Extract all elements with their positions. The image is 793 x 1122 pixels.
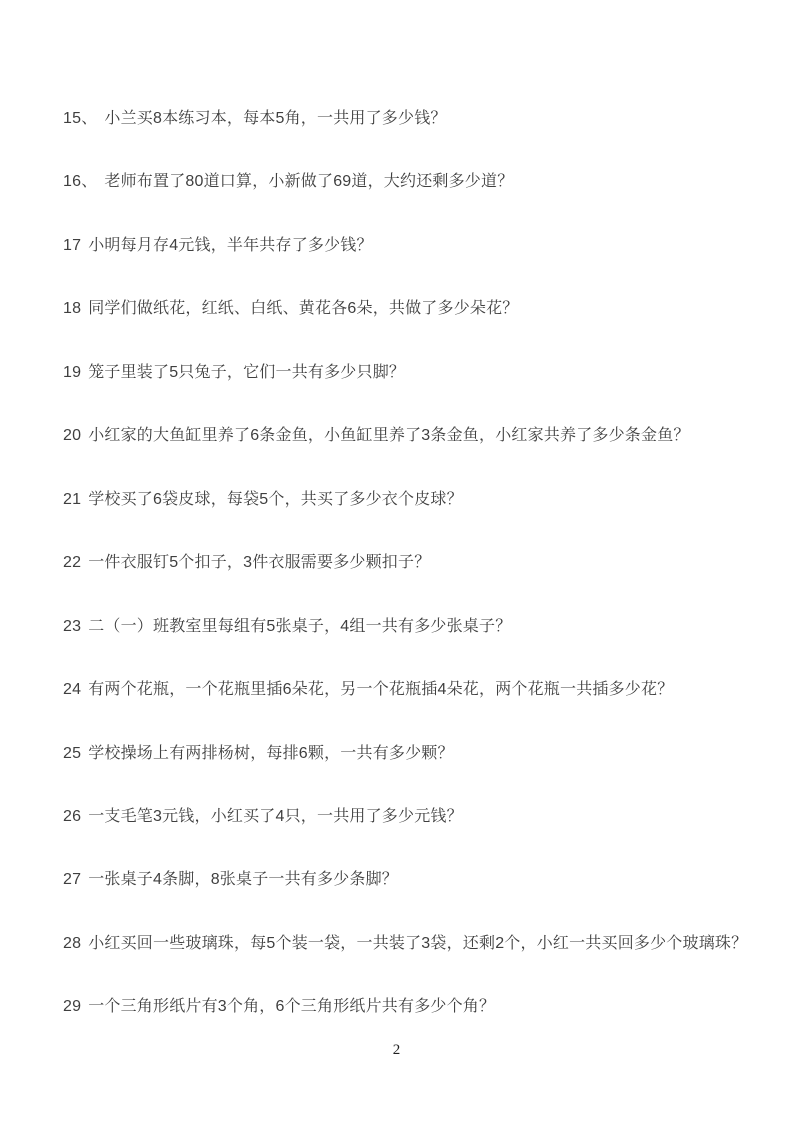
problem-number: 27	[63, 871, 81, 888]
problem-text: 小明每月存4元钱，半年共存了多少钱？	[88, 237, 373, 254]
problem-number: 22	[63, 554, 81, 571]
problem-number: 28	[63, 935, 81, 952]
problem-21: 21学校买了6袋皮球，每袋5个，共买了多少衣个皮球？	[63, 468, 773, 531]
problem-18: 18同学们做纸花，红纸、白纸、黄花各6朵，共做了多少朵花？	[63, 277, 773, 340]
problem-number: 15、	[63, 110, 97, 127]
document-page: 15、小兰买8本练习本，每本5角，一共用了多少钱？ 16、老师布置了80道口算，…	[0, 0, 793, 1122]
problem-15: 15、小兰买8本练习本，每本5角，一共用了多少钱？	[63, 87, 773, 150]
problem-text: 小兰买8本练习本，每本5角，一共用了多少钱？	[104, 110, 446, 127]
problem-text: 学校买了6袋皮球，每袋5个，共买了多少衣个皮球？	[88, 491, 463, 508]
problem-number: 18	[63, 300, 81, 317]
problem-20: 20小红家的大鱼缸里养了6条金鱼，小鱼缸里养了3条金鱼，小红家共养了多少条金鱼？	[63, 404, 773, 467]
problem-number: 16、	[63, 173, 97, 190]
problem-number: 26	[63, 808, 81, 825]
problem-text: 一张桌子4条脚，8张桌子一共有多少条脚？	[88, 871, 398, 888]
problem-22: 22一件衣服钉5个扣子，3件衣服需要多少颗扣子？	[63, 531, 773, 594]
problem-26: 26一支毛笔3元钱，小红买了4只，一共用了多少元钱？	[63, 785, 773, 848]
problem-number: 21	[63, 491, 81, 508]
problem-text: 一个三角形纸片有3个角，6个三角形纸片共有多少个角？	[88, 998, 495, 1015]
page-number: 2	[0, 1039, 793, 1061]
problem-text: 同学们做纸花，红纸、白纸、黄花各6朵，共做了多少朵花？	[88, 300, 518, 317]
problem-text: 二（一）班教室里每组有5张桌子，4组一共有多少张桌子？	[88, 618, 511, 635]
problem-text: 一支毛笔3元钱，小红买了4只，一共用了多少元钱？	[88, 808, 463, 825]
problem-17: 17小明每月存4元钱，半年共存了多少钱？	[63, 214, 773, 277]
problem-list: 15、小兰买8本练习本，每本5角，一共用了多少钱？ 16、老师布置了80道口算，…	[0, 0, 793, 1039]
problem-23: 23二（一）班教室里每组有5张桌子，4组一共有多少张桌子？	[63, 595, 773, 658]
problem-16: 16、老师布置了80道口算，小新做了69道，大约还剩多少道？	[63, 150, 773, 213]
problem-number: 19	[63, 364, 81, 381]
problem-text: 笼子里装了5只兔子，它们一共有多少只脚？	[88, 364, 405, 381]
problem-number: 23	[63, 618, 81, 635]
problem-number: 25	[63, 745, 81, 762]
problem-text: 老师布置了80道口算，小新做了69道，大约还剩多少道？	[104, 173, 513, 190]
problem-number: 24	[63, 681, 81, 698]
problem-28: 28小红买回一些玻璃珠，每5个装一袋，一共装了3袋，还剩2个，小红一共买回多少个…	[63, 912, 773, 975]
problem-text: 小红家的大鱼缸里养了6条金鱼，小鱼缸里养了3条金鱼，小红家共养了多少条金鱼？	[88, 427, 689, 444]
problem-number: 17	[63, 237, 81, 254]
problem-19: 19笼子里装了5只兔子，它们一共有多少只脚？	[63, 341, 773, 404]
problem-27: 27一张桌子4条脚，8张桌子一共有多少条脚？	[63, 848, 773, 911]
problem-number: 20	[63, 427, 81, 444]
problem-text: 学校操场上有两排杨树，每排6颗，一共有多少颗？	[88, 745, 454, 762]
problem-text: 小红买回一些玻璃珠，每5个装一袋，一共装了3袋，还剩2个，小红一共买回多少个玻璃…	[88, 935, 747, 952]
problem-24: 24有两个花瓶，一个花瓶里插6朵花，另一个花瓶插4朵花，两个花瓶一共插多少花？	[63, 658, 773, 721]
problem-number: 29	[63, 998, 81, 1015]
problem-25: 25学校操场上有两排杨树，每排6颗，一共有多少颗？	[63, 722, 773, 785]
problem-text: 一件衣服钉5个扣子，3件衣服需要多少颗扣子？	[88, 554, 430, 571]
problem-29: 29一个三角形纸片有3个角，6个三角形纸片共有多少个角？	[63, 975, 773, 1038]
problem-text: 有两个花瓶，一个花瓶里插6朵花，另一个花瓶插4朵花，两个花瓶一共插多少花？	[88, 681, 673, 698]
